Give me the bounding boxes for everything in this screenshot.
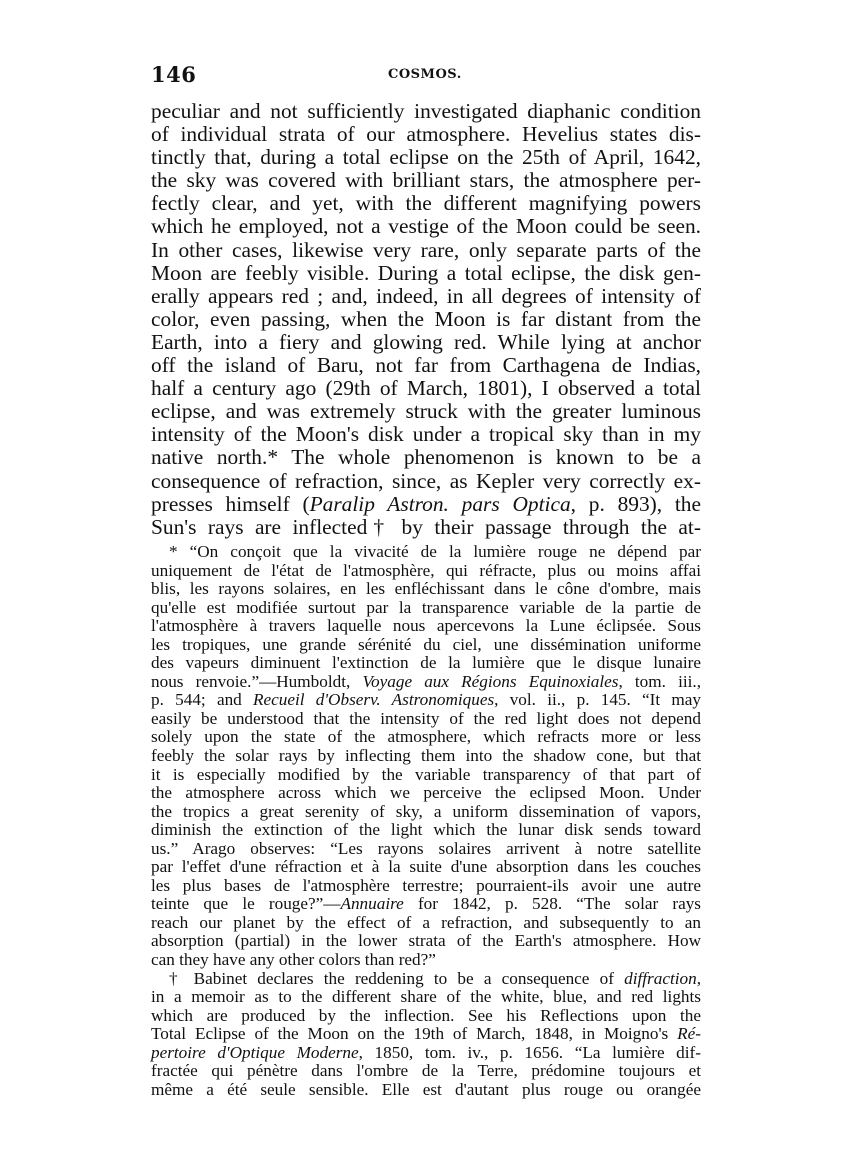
text-line: erally appears red ; and, indeed, in all… [151, 285, 701, 308]
footnote-line: des vapeurs diminuent l'extinction de la… [151, 654, 701, 673]
text-line: off the island of Baru, not far from Car… [151, 354, 701, 377]
text-line: peculiar and not sufficiently investigat… [151, 100, 701, 123]
footnote-line: in a memoir as to the different share of… [151, 988, 701, 1007]
text-line: the sky was covered with brilliant stars… [151, 169, 701, 192]
main-text: peculiar and not sufficiently investigat… [151, 100, 701, 539]
footnote-line: l'atmosphère à travers laquelle nous ape… [151, 617, 701, 636]
footnote-line: p. 544; and Recueil d'Observ. Astronomiq… [151, 691, 701, 710]
footnote-line: the atmosphere across which we perceive … [151, 784, 701, 803]
footnote-line: même a été seule sensible. Elle est d'au… [151, 1081, 701, 1100]
running-title: COSMOS. [388, 67, 462, 82]
text-run: p. 544; and [151, 690, 253, 709]
footnote-line: easily be understood that the intensity … [151, 710, 701, 729]
footnote-line: diminish the extinction of the light whi… [151, 821, 701, 840]
footnote-line: reach our planet by the effect of a refr… [151, 914, 701, 933]
footnote-line: uniquement de l'état de l'atmosphère, qu… [151, 562, 701, 581]
text-line: eclipse, and was extremely struck with t… [151, 400, 701, 423]
footnote-line: which are produced by the inflection. Se… [151, 1007, 701, 1026]
footnotes: * “On conçoit que la vivacité de la lumi… [151, 543, 701, 1099]
text-line: of individual strata of our atmosphere. … [151, 123, 701, 146]
citation-title: Paralip Astron. pars Optica [310, 492, 571, 516]
footnote-line: can they have any other colors than red?… [151, 951, 701, 970]
text-line: In other cases, likewise very rare, only… [151, 239, 701, 262]
text-line: fectly clear, and yet, with the differen… [151, 192, 701, 215]
text-run: , [697, 969, 701, 988]
footnote-dagger-line: † Babinet declares the reddening to be a… [151, 970, 701, 989]
footnote-line: blis, les rayons solaires, en les enfléc… [151, 580, 701, 599]
text-line: Earth, into a fiery and glowing red. Whi… [151, 331, 701, 354]
text-line: which he employed, not a vestige of the … [151, 215, 701, 238]
text-run: nous renvoie.”—Humboldt, [151, 672, 362, 691]
footnote-line: it is especially modified by the variabl… [151, 766, 701, 785]
text-run: † Babinet declares the reddening to be a… [169, 969, 624, 988]
emphasis: diffraction [624, 969, 697, 988]
text-run: for 1842, p. 528. “The solar rays [404, 894, 701, 913]
text-run: Total Eclipse of the Moon on the 19th of… [151, 1024, 677, 1043]
footnote-line: feebly the solar rays by inflecting them… [151, 747, 701, 766]
citation-title: Recueil d'Observ. Astronomiques [253, 690, 494, 709]
text-run: teinte que le rouge?”— [151, 894, 340, 913]
footnote-line: teinte que le rouge?”—Annuaire for 1842,… [151, 895, 701, 914]
footnote-star-line: * “On conçoit que la vivacité de la lumi… [151, 543, 701, 562]
footnote-line: les tropiques, une grande sérénité du ci… [151, 636, 701, 655]
text-line: consequence of refraction, since, as Kep… [151, 470, 701, 493]
text-line: Sun's rays are inflected† by their passa… [151, 516, 701, 539]
footnote-line: solely upon the state of the atmosphere,… [151, 728, 701, 747]
footnote-line: us.” Arago observes: “Les rayons solaire… [151, 840, 701, 859]
footnote-line: absorption (partial) in the lower strata… [151, 932, 701, 951]
text-line: tinctly that, during a total eclipse on … [151, 146, 701, 169]
footnote-line: the tropics a great serenity of sky, a u… [151, 803, 701, 822]
footnote-line: nous renvoie.”—Humboldt, Voyage aux Régi… [151, 673, 701, 692]
footnote-line: qu'elle est modifiée surtout par la tran… [151, 599, 701, 618]
text-line: presses himself (Paralip Astron. pars Op… [151, 493, 701, 516]
text-run: , p. 893), the [571, 492, 701, 516]
footnote-line: Total Eclipse of the Moon on the 19th of… [151, 1025, 701, 1044]
citation-title: Voyage aux Régions Equinoxiales [362, 672, 618, 691]
footnote-line: par l'effet d'une réfraction et à la sui… [151, 858, 701, 877]
text-line: intensity of the Moon's disk under a tro… [151, 423, 701, 446]
text-line: native north.* The whole phenomenon is k… [151, 446, 701, 469]
footnote-line: les plus bases de l'atmosphère terrestre… [151, 877, 701, 896]
text-run: , vol. ii., p. 145. “It may [494, 690, 701, 709]
page-number: 146 [151, 62, 196, 87]
text-line: half a century ago (29th of March, 1801)… [151, 377, 701, 400]
running-head: 146 COSMOS. [151, 62, 701, 92]
citation-title: pertoire d'Optique Moderne [151, 1043, 359, 1062]
citation-title: Annuaire [340, 894, 403, 913]
citation-title: Ré- [677, 1024, 701, 1043]
footnote-line: pertoire d'Optique Moderne, 1850, tom. i… [151, 1044, 701, 1063]
footnote-line: fractée qui pénètre dans l'ombre de la T… [151, 1062, 701, 1081]
text-run: , tom. iii., [618, 672, 701, 691]
text-line: Moon are feebly visible. During a total … [151, 262, 701, 285]
text-run: , 1850, tom. iv., p. 1656. “La lumière d… [359, 1043, 701, 1062]
text-line: color, even passing, when the Moon is fa… [151, 308, 701, 331]
text-run: presses himself ( [151, 492, 310, 516]
